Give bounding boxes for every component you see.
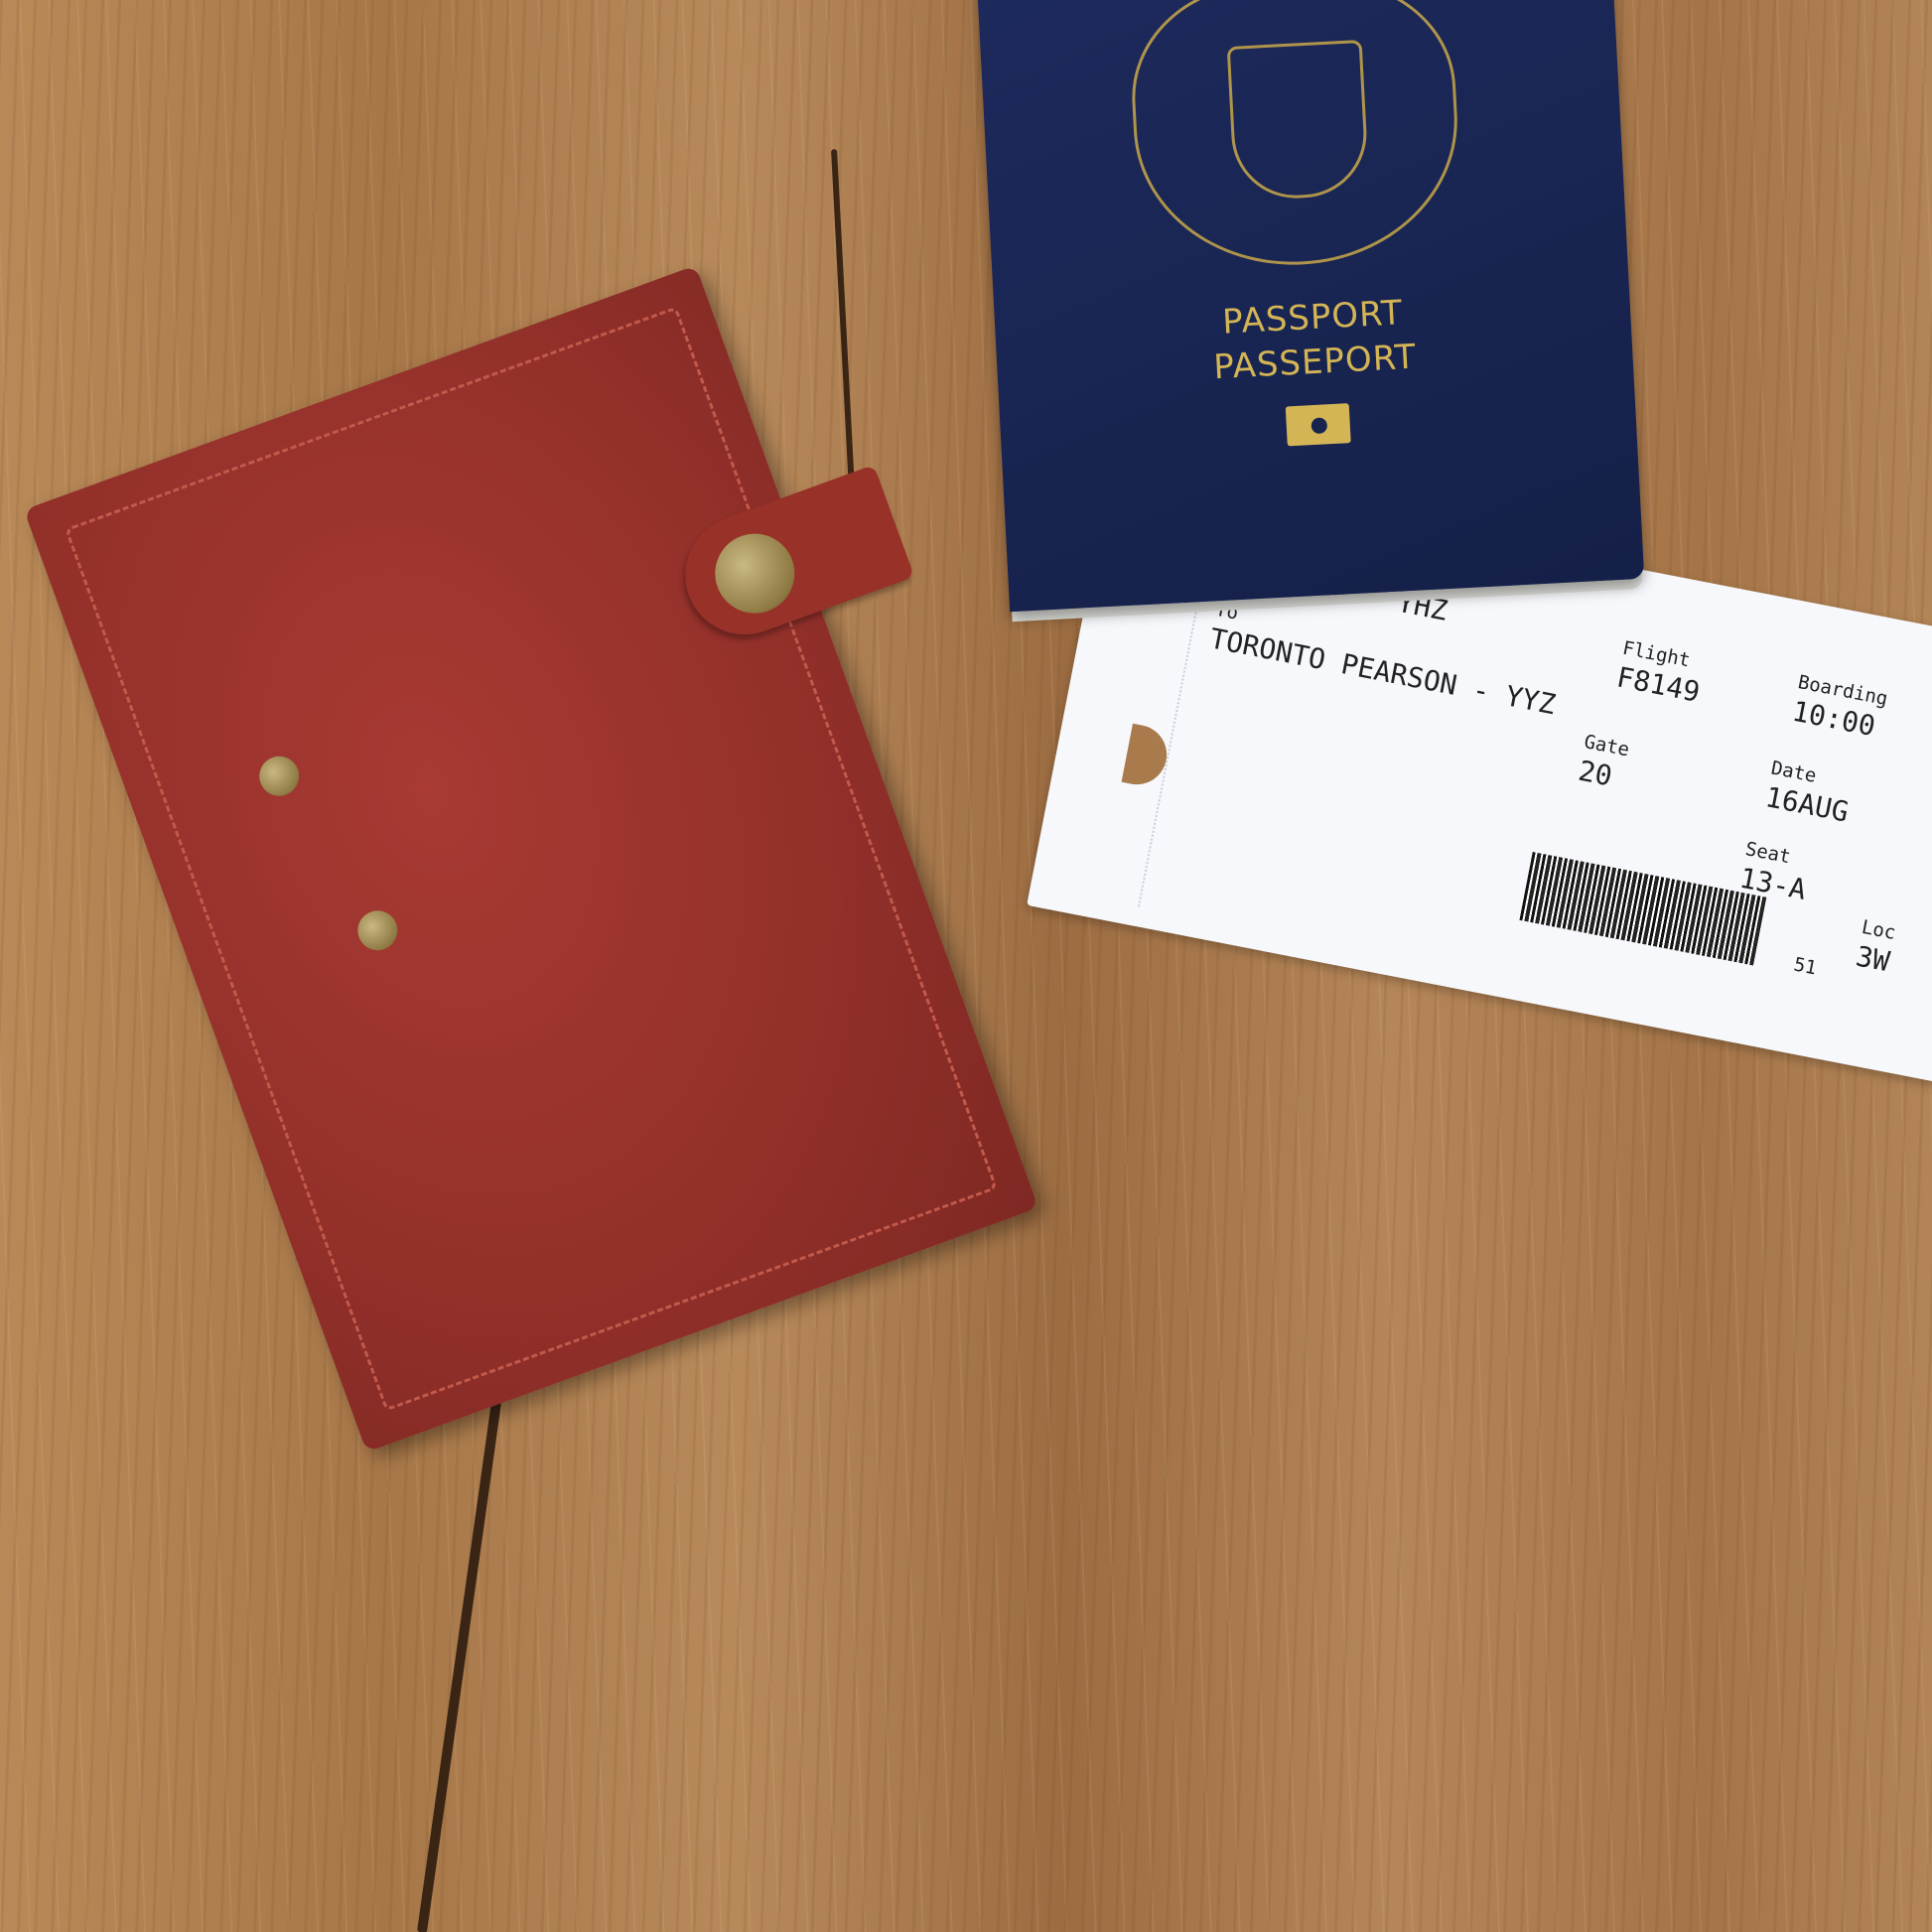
to-label: To [1213,599,1240,624]
gate-value: 20 [1576,755,1614,793]
passport: PASSPORT PASSEPORT [977,0,1645,612]
biometric-chip-icon [1286,403,1351,446]
locator-value: 3W [1854,939,1892,978]
leather-passport-wallet [24,265,1038,1451]
snap-button-icon [704,522,806,624]
coat-of-arms-icon [1127,0,1465,273]
shield-icon [1227,40,1370,202]
to-value: TORONTO PEARSON - YYZ [1207,621,1559,721]
ticket-footer-number: 51 [1792,953,1819,979]
barcode-icon [1519,852,1766,966]
flight-value: F8149 [1614,660,1703,708]
date-value: 16AUG [1763,780,1852,828]
wood-table-background: N HYDE From HALIFAX - YHZ To TORONTO PEA… [0,0,1932,1932]
